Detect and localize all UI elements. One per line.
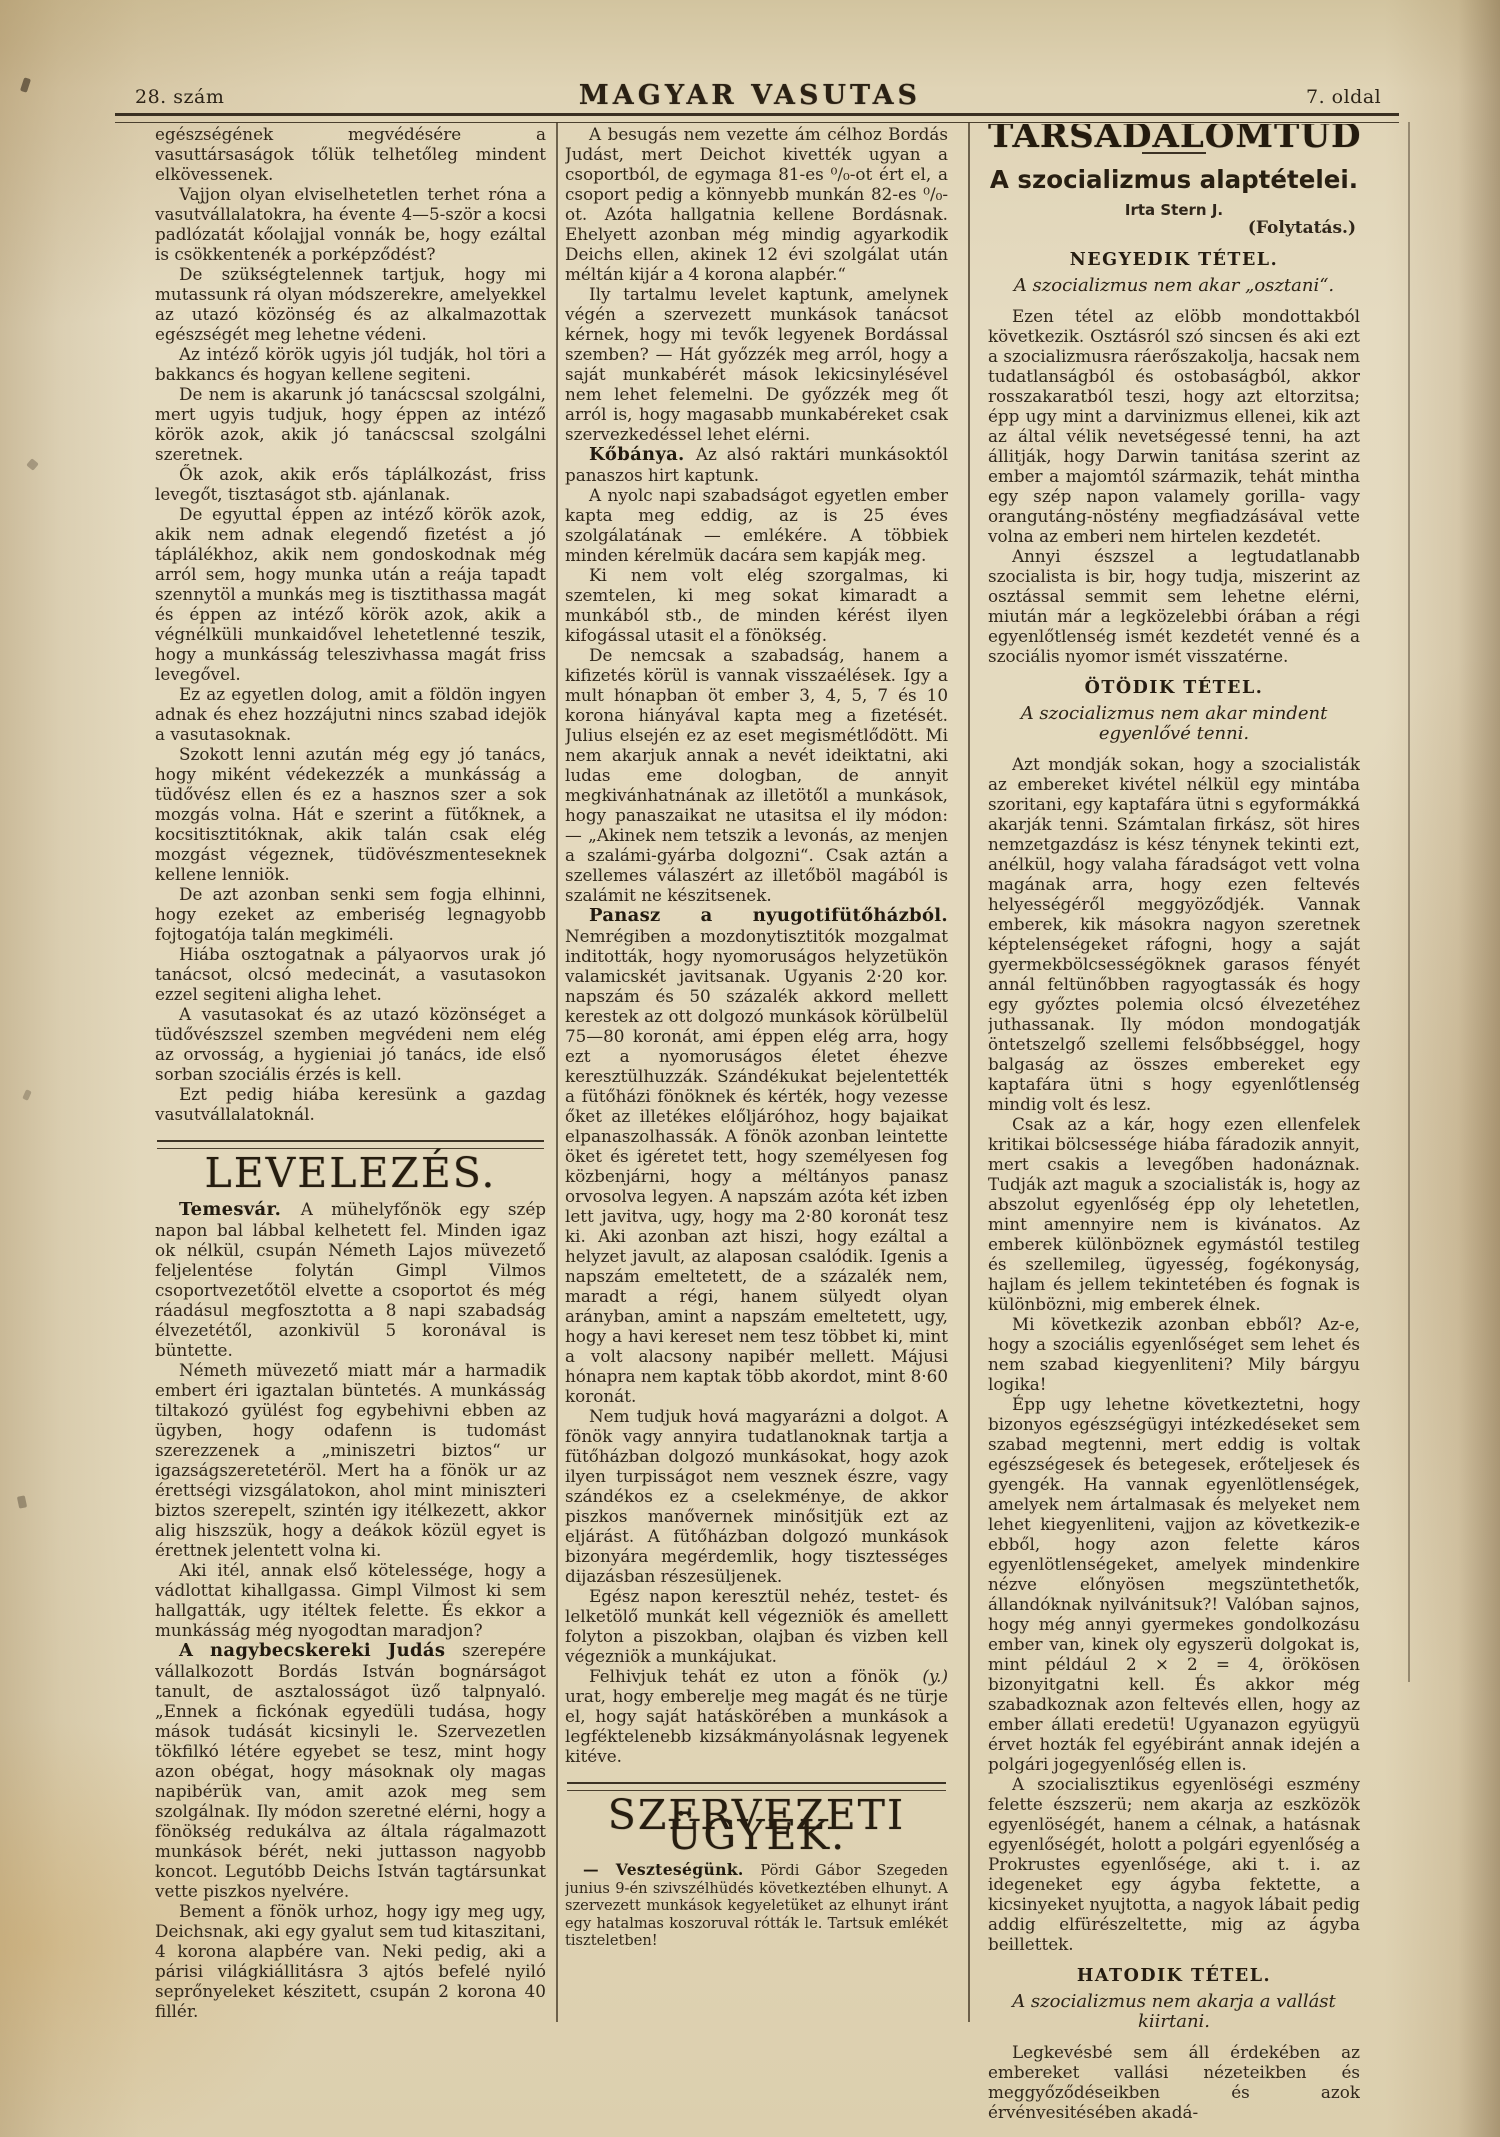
paragraph: De azt azonban senki sem fogja elhinni, … <box>155 884 546 944</box>
paragraph: Legkevésbé sem áll érdekében az embereke… <box>988 2042 1360 2119</box>
section-divider <box>157 1140 544 1149</box>
paragraph: A vasutasokat és az utazó közönséget a t… <box>155 1004 546 1084</box>
author-initial: (y.) <box>898 1666 948 1686</box>
paragraph: Nem tudjuk hová magyarázni a dolgot. A f… <box>565 1406 948 1586</box>
paragraph-lead: Kőbánya. <box>589 444 696 465</box>
column-divider-1 <box>556 122 558 2022</box>
thesis-subtitle: A szocializmus nem akarja a vallást kiir… <box>988 1992 1360 2032</box>
thesis-heading: HATODIK TÉTEL. <box>988 1966 1360 1986</box>
paragraph: Panasz a nyugotifütőházból. Nemrégiben a… <box>565 905 948 1406</box>
article-title: A szocializmus alaptételei. <box>988 170 1360 190</box>
section-title: LEVELEZÉS. <box>155 1163 546 1183</box>
header-rule <box>115 113 1399 123</box>
paragraph: Ők azok, akik erős táplálkozást, friss l… <box>155 464 546 504</box>
paragraph: Azt mondják sokan, hogy a szocialisták a… <box>988 754 1360 1114</box>
paragraph: (y.)Felhivjuk tehát ez uton a fönök urat… <box>565 1666 948 1766</box>
masthead: MAGYAR VASUTAS <box>0 80 1500 111</box>
paragraph: Csak az a kár, hogy ezen ellenfelek krit… <box>988 1114 1360 1314</box>
paragraph: Mi következik azonban ebből? Az-e, hogy … <box>988 1314 1360 1394</box>
paragraph: De egyuttal éppen az intéző körök azok, … <box>155 504 546 684</box>
paragraph: De szükségtelennek tartjuk, hogy mi muta… <box>155 264 546 344</box>
page-number: 7. oldal <box>1306 86 1381 108</box>
paragraph-lead: Temesvár. <box>179 1199 301 1220</box>
column-3: TÁRSADALOMTUDOMÁNY A szocializmus alapté… <box>988 124 1360 2119</box>
paragraph: A nagybecskereki Judás szerepére vállalk… <box>155 1640 546 1901</box>
paragraph: Hiába osztogatnak a pályaorvos urak jó t… <box>155 944 546 1004</box>
paragraph: Szokott lenni azután még egy jó tanács, … <box>155 744 546 884</box>
thesis-subtitle: A szocializmus nem akar „osztani“. <box>988 276 1360 296</box>
paragraph: Ki nem volt elég szorgalmas, ki szemtele… <box>565 565 948 645</box>
paragraph: A nyolc napi szabadságot egyetlen ember … <box>565 485 948 565</box>
paragraph: Vajjon olyan elviselhetetlen terhet róna… <box>155 184 546 264</box>
paragraph-lead: — Veszteségünk. <box>583 1860 760 1879</box>
newspaper-page: 28. szám MAGYAR VASUTAS 7. oldal egészsé… <box>0 0 1500 2137</box>
section-divider <box>567 1782 946 1791</box>
paragraph: Épp ugy lehetne következtetni, hogy bizo… <box>988 1394 1360 1774</box>
paragraph: A szocialisztikus egyenlöségi eszmény fe… <box>988 1774 1360 1954</box>
paragraph: Ez az egyetlen dolog, amit a földön ingy… <box>155 684 546 744</box>
continuation-note: (Folytatás.) <box>988 218 1356 238</box>
paragraph: De nemcsak a szabadság, hanem a kifizeté… <box>565 645 948 905</box>
paragraph: Annyi észszel a legtudatlanabb szocialis… <box>988 546 1360 666</box>
paragraph: Bement a fönök urhoz, hogy igy meg ugy, … <box>155 1901 546 2021</box>
paragraph: Kőbánya. Az alsó raktári munkásoktól pan… <box>565 444 948 485</box>
paragraph: Ezt pedig hiába keresünk a gazdag vasutv… <box>155 1084 546 1124</box>
paragraph: Németh müvezető miatt már a harmadik emb… <box>155 1360 546 1560</box>
ink-mark <box>22 1089 32 1101</box>
paragraph-lead: A nagybecskereki Judás <box>179 1640 462 1661</box>
byline: Irta Stern J. <box>988 200 1360 220</box>
paragraph: Ezen tétel az elöbb mondottakból követke… <box>988 306 1360 546</box>
paragraph-lead: Panasz a nyugotifütőházból. <box>589 905 948 926</box>
thesis-heading: ÖTÖDIK TÉTEL. <box>988 678 1360 698</box>
right-margin-rule <box>1408 122 1410 1682</box>
paragraph: A besugás nem vezette ám célhoz Bordás J… <box>565 124 948 284</box>
paragraph: Temesvár. A mühelyfőnök egy szép napon b… <box>155 1199 546 1360</box>
paragraph: egészségének megvédésére a vasuttársaság… <box>155 124 546 184</box>
paragraph: De nem is akarunk jó tanácscsal szolgáln… <box>155 384 546 464</box>
society-section-title: TÁRSADALOMTUDOMÁNY <box>988 126 1360 146</box>
column-divider-2 <box>968 122 970 2022</box>
paragraph: Aki itél, annak első kötelessége, hogy a… <box>155 1560 546 1640</box>
ink-mark <box>17 1495 27 1508</box>
section-title: SZERVEZETI ÜGYEK. <box>565 1805 948 1845</box>
column-1: egészségének megvédésére a vasuttársaság… <box>155 124 546 2119</box>
paragraph: — Veszteségünk. Pördi Gábor Szegeden jun… <box>565 1861 948 1950</box>
paragraph: Ily tartalmu levelet kaptunk, amelynek v… <box>565 284 948 444</box>
thesis-subtitle: A szocializmus nem akar mindent egyenlőv… <box>988 704 1360 744</box>
ink-mark <box>26 458 39 471</box>
paragraph: Az intéző körök ugyis jól tudják, hol tö… <box>155 344 546 384</box>
thesis-heading: NEGYEDIK TÉTEL. <box>988 250 1360 270</box>
paragraph: Egész napon keresztül nehéz, testet- és … <box>565 1586 948 1666</box>
column-2: A besugás nem vezette ám célhoz Bordás J… <box>565 124 948 2119</box>
article-body: NEGYEDIK TÉTEL.A szocializmus nem akar „… <box>988 250 1360 2119</box>
